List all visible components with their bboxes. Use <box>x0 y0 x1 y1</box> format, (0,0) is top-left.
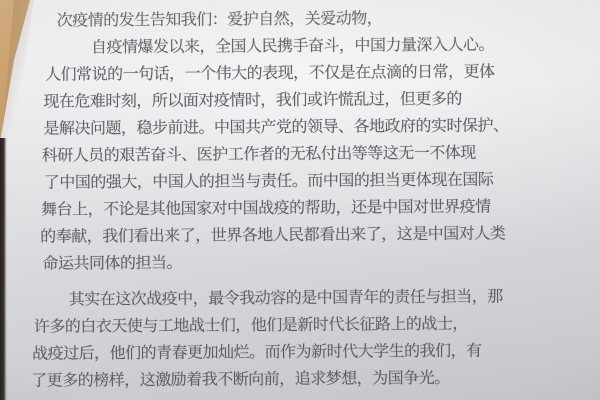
handwritten-line: 舞台上，不论是其他国家对中国战疫的帮助，还是中国对世界疫情 <box>41 192 596 223</box>
handwritten-line: 战疫过后，他们的青春更加灿烂。而作为新时代大学生的我们，有 <box>32 336 597 367</box>
handwritten-line: 次疫情的发生告知我们：爱护自然，关爱动物， <box>57 3 595 34</box>
handwritten-line: 了中国的强大，中国人的担当与责任。而中国的担当更体现在国际 <box>44 165 596 196</box>
handwritten-essay-photo: 次疫情的发生告知我们：爱护自然，关爱动物，自疫情爆发以来，全国人民携手奋斗，中国… <box>0 0 600 400</box>
essay-text: 次疫情的发生告知我们：爱护自然，关爱动物，自疫情爆发以来，全国人民携手奋斗，中国… <box>0 3 597 394</box>
handwritten-line: 现在危难时刻，所以面对疫情时，我们或许慌乱过，但更多的 <box>43 84 595 115</box>
handwritten-line: 人们常说的一句话，一个伟大的表现，不仅是在点滴的日常，更体 <box>45 57 595 88</box>
handwritten-line: 命运共同体的担当。 <box>42 246 596 277</box>
handwritten-line: 其实在这次战疫中，最令我动容的是中国青年的责任与担当，那 <box>69 282 597 313</box>
handwritten-line: 自疫情爆发以来，全国人民携手奋斗，中国力量深入人心。 <box>91 30 595 61</box>
handwritten-line: 的奉献，我们看出来了，世界各地人民都看出来了，这是中国对人类 <box>40 219 596 250</box>
handwritten-line: 许多的白衣天使与工地战士们，他们是新时代长征路上的战士， <box>34 309 597 340</box>
handwritten-line: 科研人员的艰苦奋斗、医护工作者的无私付出等等这无一不体现 <box>42 138 596 169</box>
handwritten-line: 是解决问题，稳步前进。中国共产党的领导、各地政府的实时保护、 <box>43 111 595 142</box>
handwritten-line: 了更多的榜样，这激励着我不断向前，追求梦想，为国争光。 <box>31 363 597 394</box>
